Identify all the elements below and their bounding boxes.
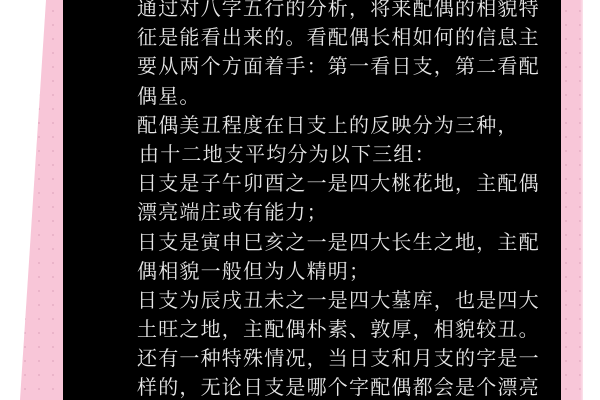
- frame-edge: [580, 0, 586, 400]
- article-line: 日支是寅申巳亥之一是四大长生之地，主配: [137, 228, 557, 257]
- page: 通过对八字五行的分析，将来配偶的相貌特 征是能看出来的。看配偶长相如何的信息主 …: [0, 0, 600, 400]
- article-line: 土旺之地，主配偶朴素、敦厚，相貌较丑。: [137, 315, 557, 344]
- article-card: 通过对八字五行的分析，将来配偶的相貌特 征是能看出来的。看配偶长相如何的信息主 …: [63, 0, 561, 400]
- article-line: 漂亮端庄或有能力；: [137, 198, 557, 227]
- article-line: 偶相貌一般但为人精明；: [137, 257, 557, 286]
- article-line: 由十二地支平均分为以下三组：: [137, 140, 557, 169]
- article-text: 通过对八字五行的分析，将来配偶的相貌特 征是能看出来的。看配偶长相如何的信息主 …: [137, 0, 557, 400]
- article-line: 偶星。: [137, 82, 557, 111]
- article-line: 配偶美丑程度在日支上的反映分为三种，: [137, 111, 557, 140]
- article-line: 要从两个方面着手：第一看日支，第二看配: [137, 52, 557, 81]
- article-line: 日支为辰戌丑未之一是四大墓库，也是四大: [137, 286, 557, 315]
- article-line: 通过对八字五行的分析，将来配偶的相貌特: [137, 0, 557, 23]
- pink-frame-left: [0, 0, 70, 400]
- article-line: 日支是子午卯酉之一是四大桃花地，主配偶: [137, 169, 557, 198]
- article-line: 征是能看出来的。看配偶长相如何的信息主: [137, 23, 557, 52]
- article-line: 还有一种特殊情况，当日支和月支的字是一: [137, 344, 557, 373]
- article-line: 样的，无论日支是哪个字配偶都会是个漂亮: [137, 373, 557, 400]
